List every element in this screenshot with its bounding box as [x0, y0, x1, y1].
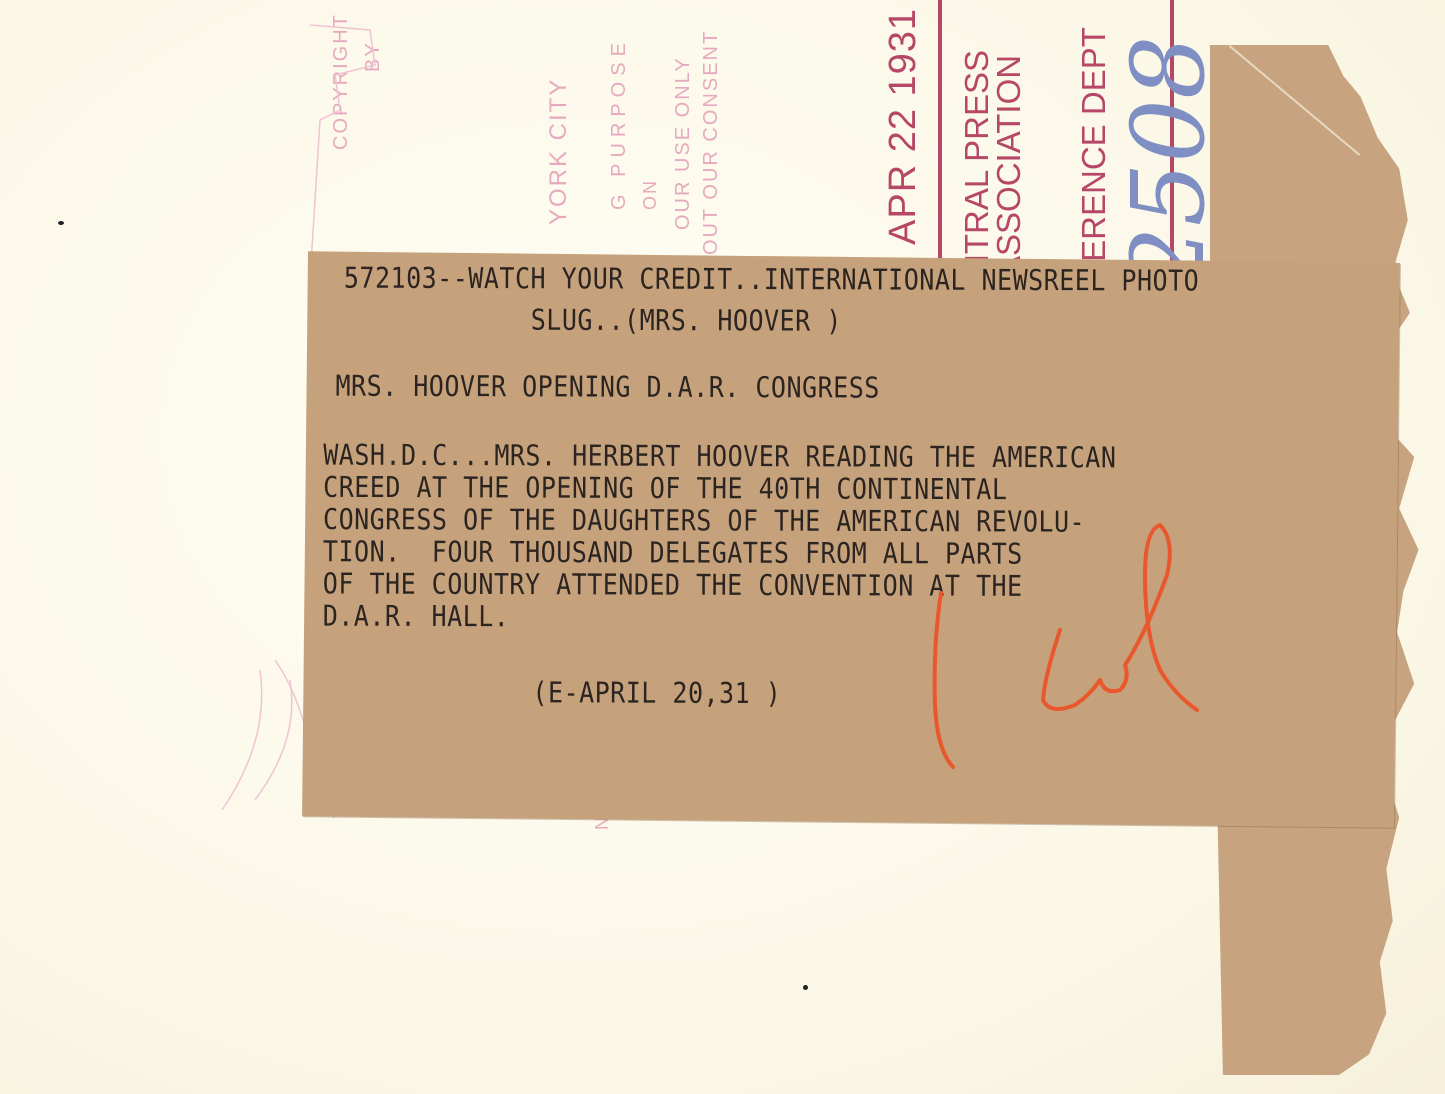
- ink-speck: [803, 985, 808, 990]
- purpose-stamp: G PURPOSE: [608, 37, 631, 210]
- city-stamp: YORK CITY: [545, 78, 573, 225]
- caption-slug-line: SLUG..(MRS. HOOVER ): [531, 303, 842, 337]
- red-pencil-annotation-icon: [905, 505, 1225, 785]
- caption-header-line1: 572103--WATCH YOUR CREDIT..INTERNATIONAL…: [344, 261, 1199, 297]
- caption-body-line: CREED AT THE OPENING OF THE 40TH CONTINE…: [323, 470, 1007, 506]
- on-stamp: ON: [640, 179, 661, 210]
- caption-slip: 572103--WATCH YOUR CREDIT..INTERNATIONAL…: [302, 251, 1400, 827]
- caption-body-line: WASH.D.C...MRS. HERBERT HOOVER READING T…: [323, 438, 1116, 474]
- caption-title: MRS. HOOVER OPENING D.A.R. CONGRESS: [335, 369, 879, 404]
- ink-speck: [58, 221, 64, 225]
- caption-body-line: D.A.R. HALL.: [323, 599, 510, 633]
- caption-date-line: (E-APRIL 20,31 ): [532, 676, 781, 710]
- use-only-stamp: OUR USE ONLY: [672, 56, 695, 230]
- caption-typed-text: 572103--WATCH YOUR CREDIT..INTERNATIONAL…: [304, 213, 1398, 867]
- received-date-stamp: APR 22 1931: [882, 8, 925, 245]
